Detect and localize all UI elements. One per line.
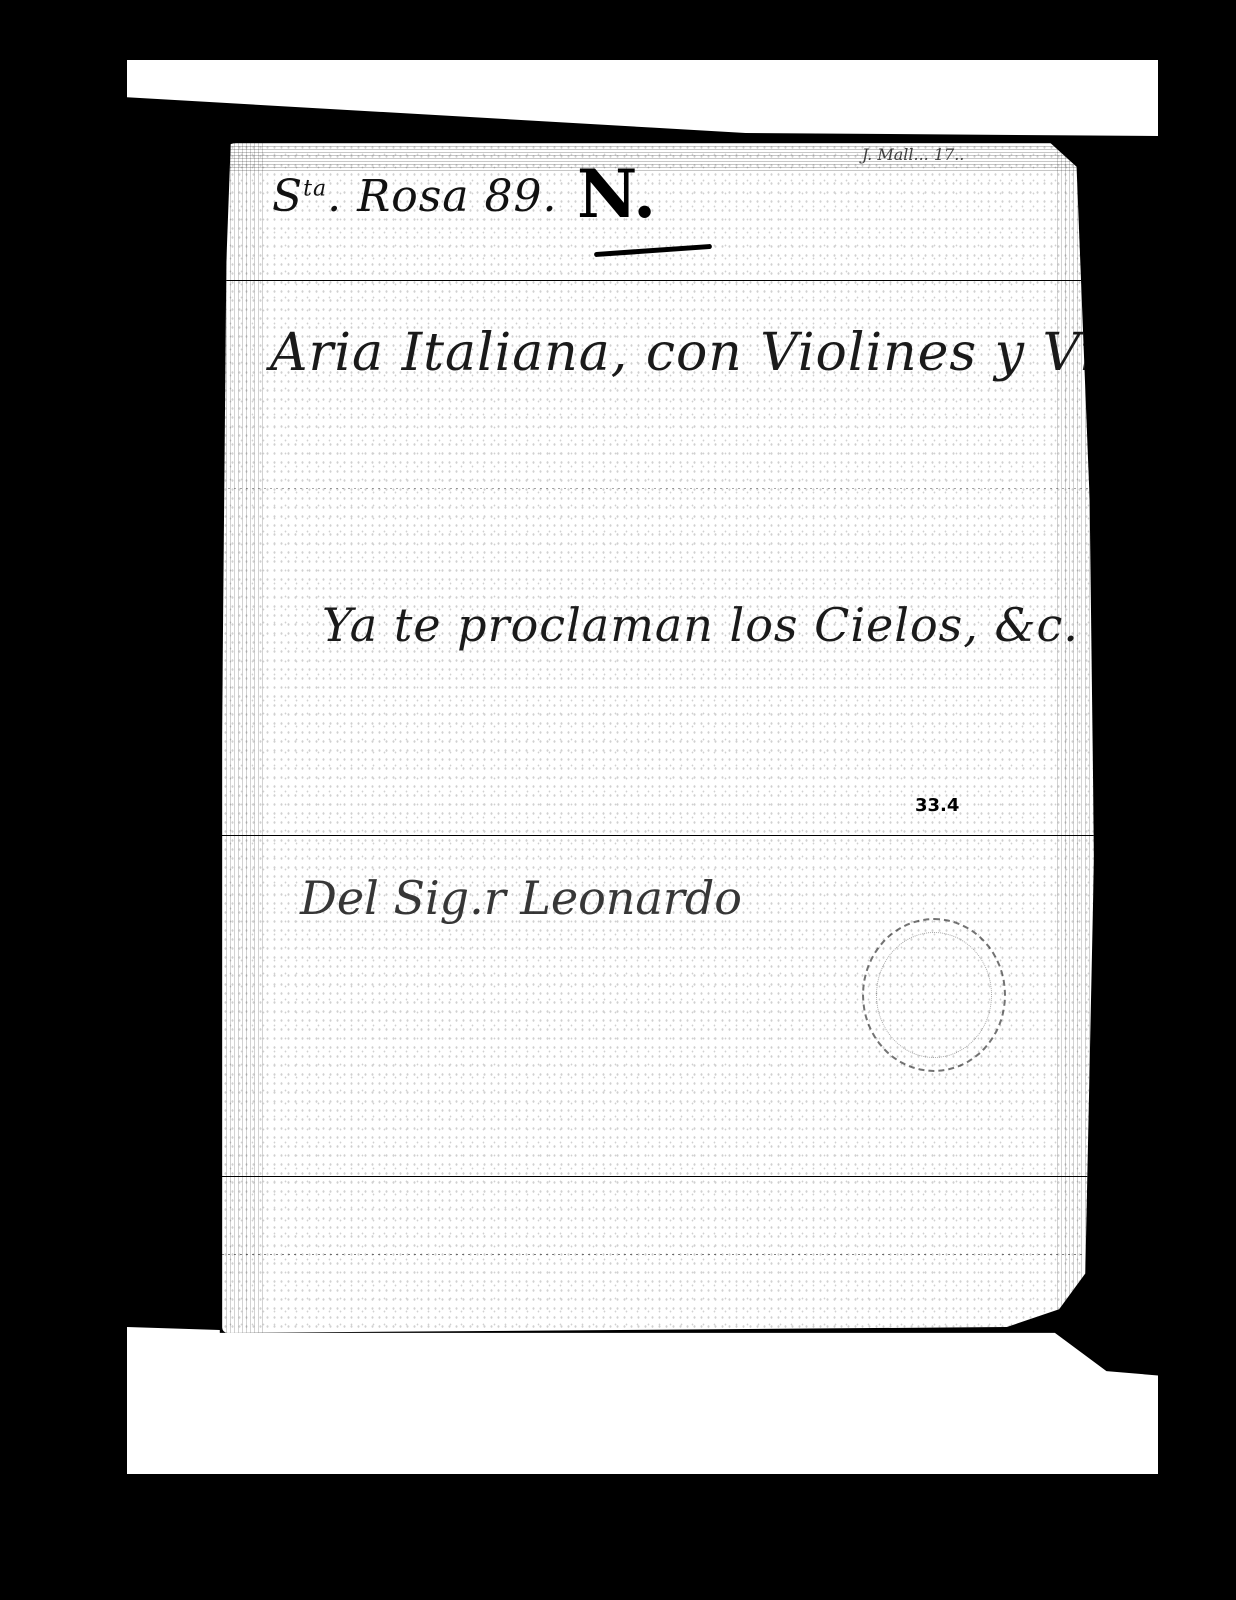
paper-edge-right bbox=[1054, 143, 1094, 1333]
shelfmark-superscript: ta bbox=[303, 176, 327, 201]
corner-annotation: J. Mall... 17.. bbox=[862, 145, 964, 164]
incipit: Ya te proclaman los Cielos, &c. bbox=[322, 598, 1079, 652]
ruled-line-faint bbox=[222, 488, 1094, 489]
ruled-line bbox=[222, 835, 1094, 836]
paper-edge-left bbox=[222, 143, 264, 1333]
shelfmark-prefix: S bbox=[272, 171, 303, 222]
library-stamp-inner-ring bbox=[876, 932, 992, 1058]
shelfmark-letter: N. bbox=[577, 155, 656, 233]
scan-margin-bottom bbox=[127, 1327, 1158, 1474]
catalog-number: 33.4 bbox=[915, 795, 959, 816]
work-title: Aria Italiana, con Violines y Viola bbox=[270, 323, 1180, 383]
scan-margin-top bbox=[127, 60, 1158, 136]
shelfmark-text: . Rosa 89. bbox=[327, 171, 557, 222]
library-stamp bbox=[862, 918, 1006, 1072]
ruled-line-faint bbox=[222, 1254, 1094, 1255]
ruled-line bbox=[222, 280, 1094, 281]
manuscript-page: Sta. Rosa 89. N. J. Mall... 17.. Aria It… bbox=[222, 143, 1094, 1333]
paper-texture bbox=[222, 143, 1094, 1333]
composer-attribution: Del Sig.r Leonardo bbox=[300, 871, 742, 925]
ruled-line bbox=[222, 1176, 1094, 1177]
shelfmark: Sta. Rosa 89. bbox=[272, 171, 558, 222]
